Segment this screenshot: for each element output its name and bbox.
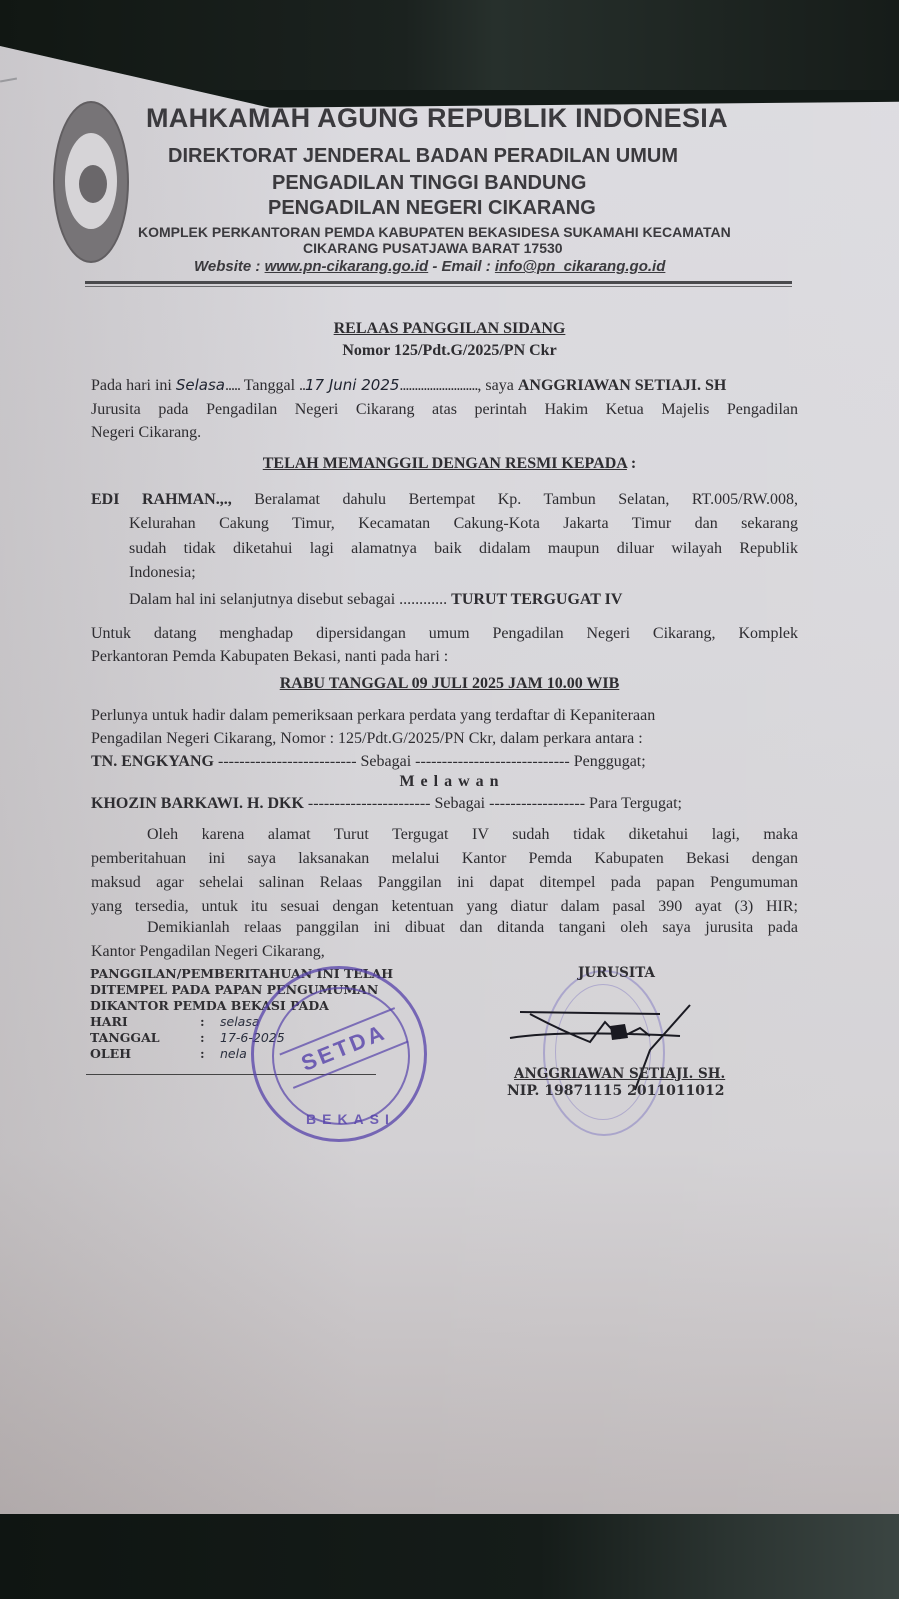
- defendant-name: KHOZIN BARKAWI. H. DKK: [91, 795, 304, 812]
- appear-line-1: Untuk datang menghadap dipersidangan umu…: [91, 622, 798, 645]
- document-number: Nomor 125/Pdt.G/2025/PN Ckr: [0, 339, 899, 362]
- handwritten-date: 17 Juni 2025: [305, 376, 399, 394]
- letterhead-address-2: CIKARANG PUSATJAWA BARAT 17530: [303, 240, 563, 256]
- party-name: EDI RAHMAN.,.,: [91, 491, 232, 508]
- document-title: RELAAS PANGGILAN SIDANG: [0, 317, 899, 340]
- summoned-heading: TELAH MEMANGGIL DENGAN RESMI KEPADA :: [0, 452, 899, 475]
- party-role-line: Dalam hal ini selanjutnya disebut sebaga…: [129, 588, 622, 611]
- intro-line-3: Negeri Cikarang.: [91, 421, 201, 444]
- hearing-date: RABU TANGGAL 09 JULI 2025 JAM 10.00 WIB: [0, 672, 899, 695]
- letterhead-line-2: DIREKTORAT JENDERAL BADAN PERADILAN UMUM: [168, 145, 678, 168]
- reason-line-2: pemberitahuan ini saya laksanakan melalu…: [91, 847, 798, 870]
- versus-label: M e l a w a n: [0, 770, 899, 793]
- defendant-line: KHOZIN BARKAWI. H. DKK -----------------…: [91, 792, 682, 815]
- reason-line-1: Oleh karena alamat Turut Tergugat IV sud…: [147, 823, 798, 846]
- plaintiff-name: TN. ENGKYANG: [91, 753, 214, 770]
- letterhead-line-3: PENGADILAN TINGGI BANDUNG: [272, 172, 586, 195]
- background-top: [0, 0, 899, 90]
- government-stamp-icon: SETDA BEKASI: [251, 966, 427, 1142]
- party-line-3: sudah tidak diketahui lagi alamatnya bai…: [129, 537, 798, 560]
- party-line-1: EDI RAHMAN.,., Beralamat dahulu Bertempa…: [91, 488, 798, 511]
- party-line-4: Indonesia;: [129, 561, 196, 584]
- case-line-2: Pengadilan Negeri Cikarang, Nomor : 125/…: [91, 727, 643, 750]
- intro-line-1: Pada hari ini Selasa..... Tanggal ..17 J…: [91, 374, 726, 397]
- letterhead-line-4: PENGADILAN NEGERI CIKARANG: [268, 197, 596, 220]
- party-line-2: Kelurahan Cakung Timur, Kecamatan Cakung…: [129, 512, 798, 535]
- email-link[interactable]: info@pn_cikarang.go.id: [495, 258, 665, 275]
- closing-line-2: Kantor Pengadilan Negeri Cikarang,: [91, 940, 325, 963]
- handwritten-day: Selasa: [176, 376, 225, 394]
- background-bottom: [0, 1510, 899, 1599]
- letterhead-line-1: MAHKAMAH AGUNG REPUBLIK INDONESIA: [146, 103, 728, 134]
- closing-line-1: Demikianlah relaas panggilan ini dibuat …: [147, 916, 798, 939]
- letterhead-address-1: KOMPLEK PERKANTORAN PEMDA KABUPATEN BEKA…: [138, 224, 731, 240]
- signatory-nip: NIP. 19871115 2011011012: [507, 1083, 725, 1099]
- bailiff-name: ANGGRIAWAN SETIAJI. SH: [518, 377, 727, 394]
- reason-line-4: yang tersedia, untuk itu sesuai dengan k…: [91, 895, 798, 918]
- case-line-1: Perlunya untuk hadir dalam pemeriksaan p…: [91, 704, 655, 727]
- party-role: TURUT TERGUGAT IV: [451, 591, 622, 608]
- website-link[interactable]: www.pn-cikarang.go.id: [265, 258, 429, 275]
- letterhead-rule: [85, 281, 792, 284]
- appear-line-2: Perkantoran Pemda Kabupaten Bekasi, nant…: [91, 645, 448, 668]
- signatory-title: JURUSITA: [578, 965, 655, 981]
- reason-line-3: maksud agar sehelai salinan Relaas Pangg…: [91, 871, 798, 894]
- letterhead-contact: Website : www.pn-cikarang.go.id - Email …: [194, 258, 665, 275]
- signatory-name: ANGGRIAWAN SETIAJI. SH.: [514, 1066, 725, 1082]
- court-emblem-icon: [53, 101, 129, 263]
- intro-line-2: Jurusita pada Pengadilan Negeri Cikarang…: [91, 398, 798, 421]
